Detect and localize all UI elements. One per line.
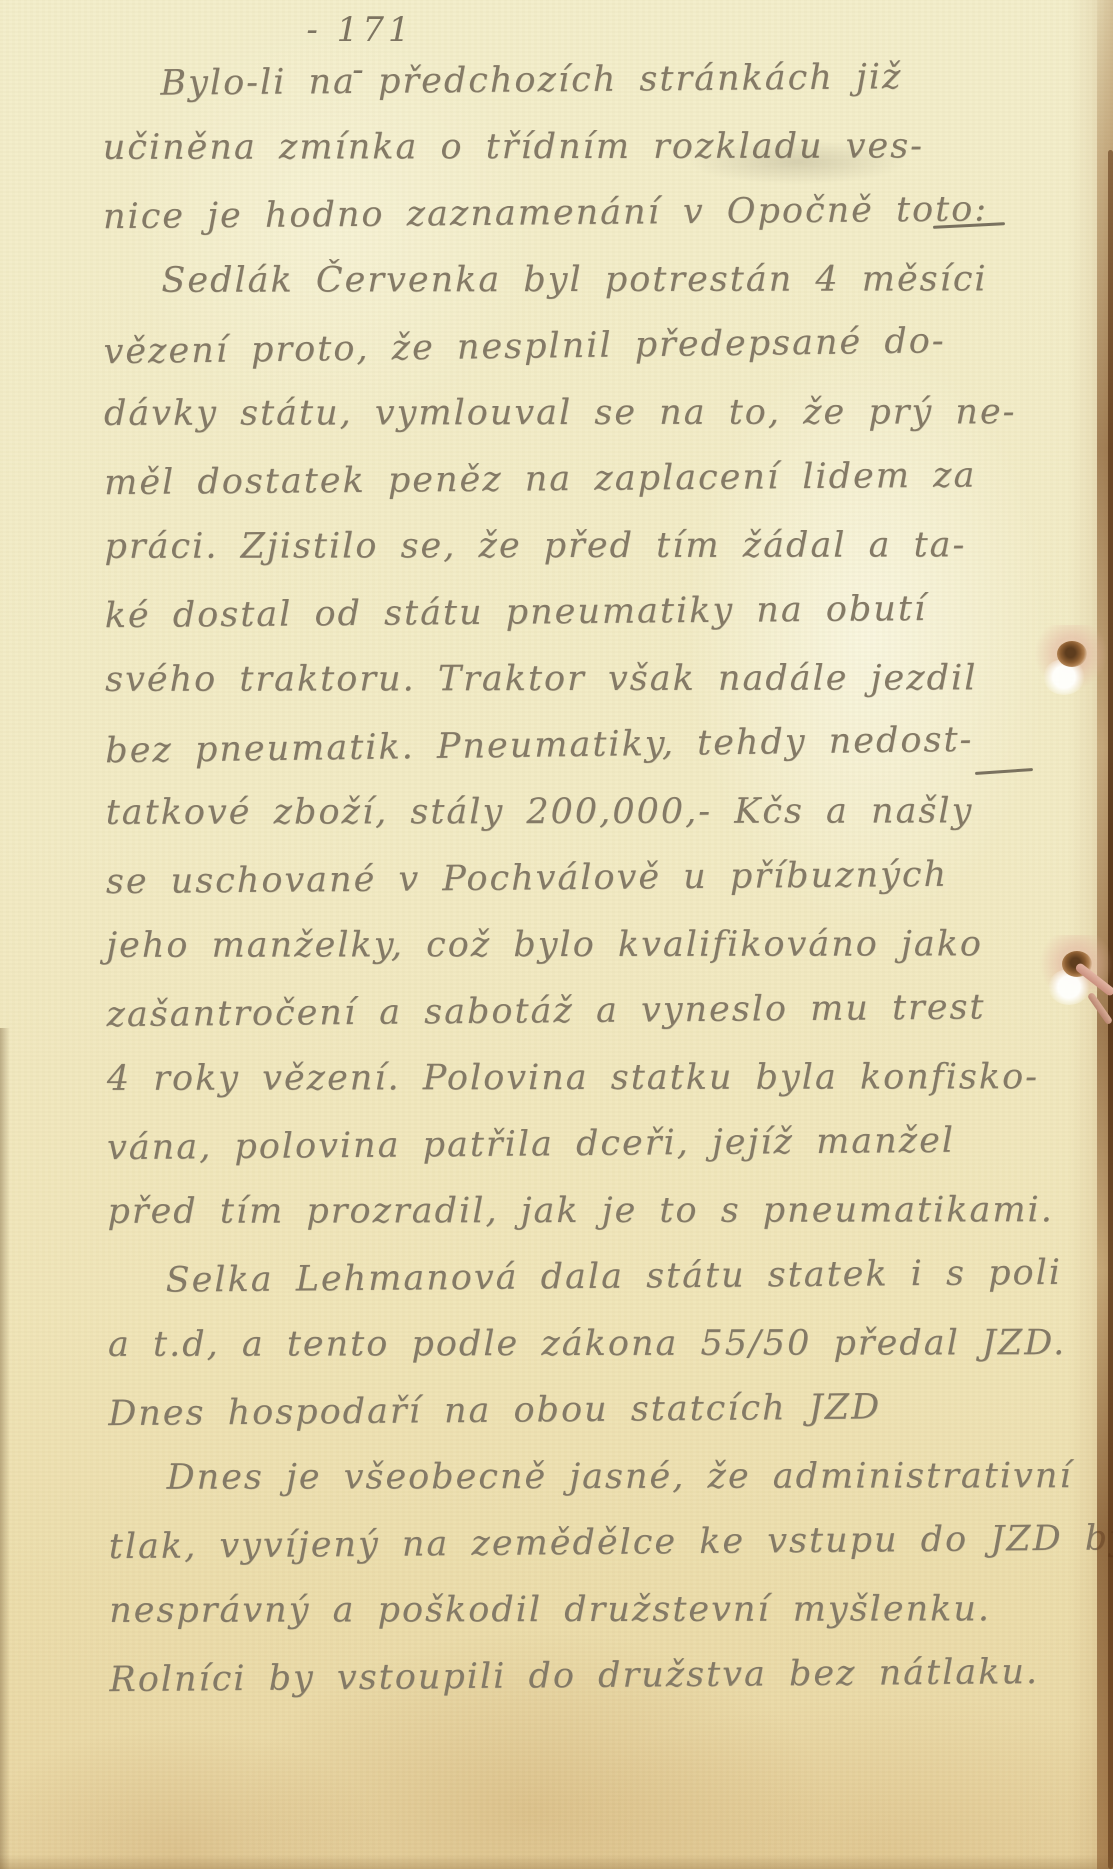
text-line: zašantročení a sabotáž a vyneslo mu tres… bbox=[106, 987, 1062, 1062]
text-line: vána, polovina patřila dceři, jejíž manž… bbox=[107, 1120, 1063, 1195]
text-line: nesprávný a poškodil družstevní myšlenku… bbox=[109, 1589, 1064, 1657]
manuscript-page: - 171 - Bylo-li na předchozích stránkách… bbox=[0, 0, 1113, 1869]
text-line: 4 roky vězení. Polovina statku byla konf… bbox=[107, 1057, 1062, 1125]
text-line: svého traktoru. Traktor však nadále jezd… bbox=[105, 658, 1060, 726]
text-line: Dnes je všeobecně jasné, že administrati… bbox=[109, 1456, 1064, 1524]
text-line: Rolníci by vstoupili do družstva bez nát… bbox=[109, 1652, 1065, 1727]
page-edge-left-shadow bbox=[0, 1028, 10, 1869]
text-line: vězení proto, že nesplnil předepsané do- bbox=[103, 320, 1059, 399]
text-line: před tím prozradil, jak je to s pneumati… bbox=[107, 1190, 1062, 1258]
overwritten-word-smudge bbox=[690, 140, 905, 184]
text-line: tlak, vyvíjený na zemědělce ke vstupu do… bbox=[109, 1519, 1065, 1594]
handwritten-text-block: Bylo-li na předchozích stránkách již uči… bbox=[102, 58, 1064, 1725]
text-line: se uschované v Pochválově u příbuzných bbox=[106, 854, 1062, 929]
text-line: bez pneumatik. Pneumatiky, tehdy nedost- bbox=[105, 719, 1061, 798]
page-edge-bottom-shadow bbox=[0, 1855, 1113, 1869]
text-line: dávky státu, vymlouval se na to, že prý … bbox=[104, 392, 1059, 460]
text-line: Selka Lehmanová dala státu statek i s po… bbox=[107, 1253, 1063, 1328]
text-line: Dnes hospodaří na obou statcích JZD bbox=[108, 1386, 1064, 1461]
text-line: měl dostatek peněz na zaplacení lidem za bbox=[104, 455, 1060, 530]
text-line: učiněna zmínka o třídním rozkladu ves- bbox=[103, 126, 1058, 194]
text-line: ké dostal od státu pneumatiky na obutí bbox=[105, 588, 1061, 663]
text-line: nice je hodno zaznamenání v Opočně toto: bbox=[103, 189, 1059, 264]
text-line: Bylo-li na předchozích stránkách již bbox=[102, 56, 1058, 131]
text-line: Sedlák Červenka byl potrestán 4 měsíci bbox=[103, 259, 1058, 327]
text-line: a t.d, a tento podle zákona 55/50 předal… bbox=[108, 1323, 1063, 1391]
page-edge-dark-line bbox=[1108, 150, 1113, 1869]
text-line: tatkové zboží, stály 200,000,- Kčs a naš… bbox=[106, 791, 1061, 859]
text-line: jeho manželky, což bylo kvalifikováno ja… bbox=[106, 924, 1061, 992]
text-line: práci. Zjistilo se, že před tím žádal a … bbox=[104, 525, 1059, 593]
